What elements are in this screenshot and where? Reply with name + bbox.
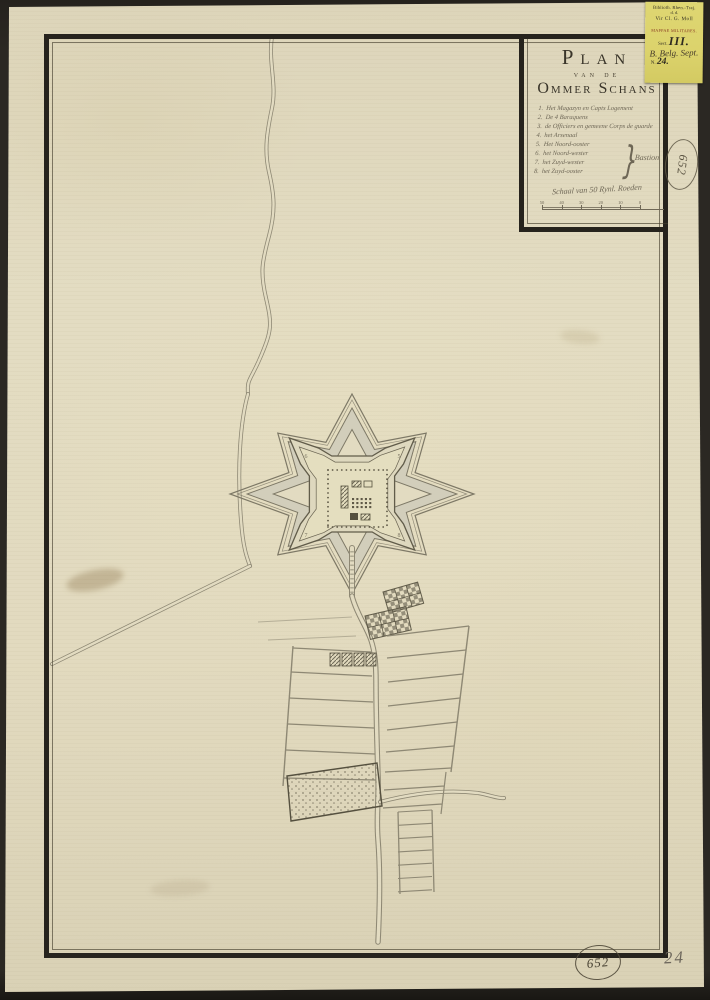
map-title-line1: Plan: [532, 45, 662, 70]
sticker-donor-line: Vir Cl. G. Moll: [645, 16, 703, 23]
legend-brace-label: Bastion: [634, 153, 659, 162]
library-sticker: Biblioth. Rhen.-Traj. d. d. Vir Cl. G. M…: [645, 2, 704, 84]
legend-item: 3. de Officiers en gemeene Corps de guar…: [533, 122, 664, 131]
legend-item: 5. Het Noord-ooster: [531, 140, 662, 149]
map-legend: 1. Het Magazyn en Capts Logement 2. De 4…: [529, 104, 664, 176]
map-title-line3: Ommer Schans: [532, 80, 662, 98]
scale-caption: Schaal van 50 Rynl. Roeden: [532, 182, 662, 198]
sticker-dd-line: d. d.: [645, 10, 703, 16]
pencil-number-24: 24: [663, 947, 685, 968]
map-title-line2: van de: [532, 69, 662, 79]
bastion-legend-group: 5. Het Noord-ooster 6. het Noord-wester …: [529, 140, 662, 176]
sticker-handwritten-series: B. Belg. Sept.: [645, 47, 703, 58]
legend-item: 8. het Zuyd-ooster: [529, 167, 660, 176]
scale-bar: 50 40 30 20 10 0: [542, 201, 640, 212]
legend-item: 1. Het Magazyn en Capts Logement: [534, 104, 665, 113]
legend-item: 2. De 4 Baraquens: [533, 113, 664, 122]
legend-item: 4. het Arsenaal: [532, 131, 663, 140]
sticker-series-title: MAPPAE MILITARES.: [645, 28, 703, 34]
